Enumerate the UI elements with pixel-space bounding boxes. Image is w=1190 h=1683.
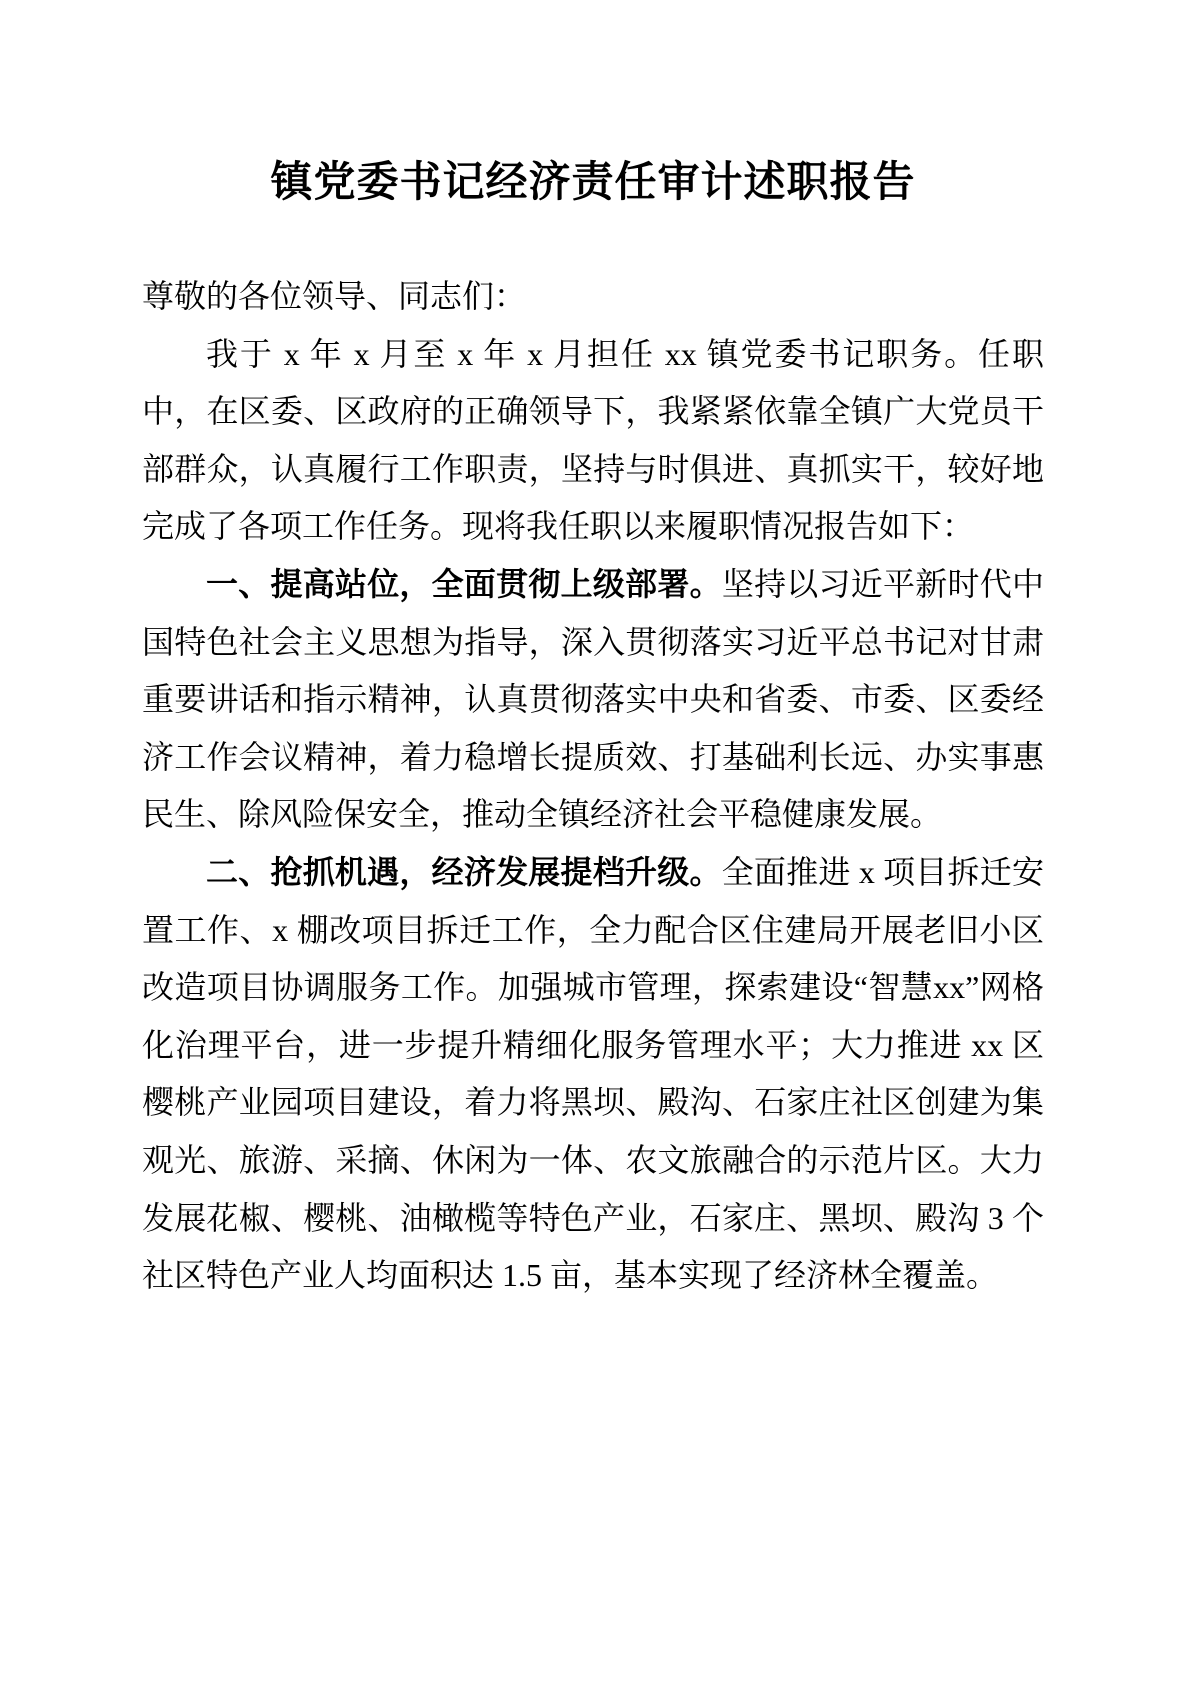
paragraph-section-1: 一、提高站位，全面贯彻上级部署。坚持以习近平新时代中国特色社会主义思想为指导，深… — [142, 556, 1044, 844]
section-1-heading: 一、提高站位，全面贯彻上级部署。 — [206, 566, 722, 602]
paragraph-section-2: 二、抢抓机遇，经济发展提档升级。全面推进 x 项目拆迁安置工作、x 棚改项目拆迁… — [142, 844, 1044, 1305]
section-2-heading: 二、抢抓机遇，经济发展提档升级。 — [206, 854, 722, 890]
paragraph-intro: 我于 x 年 x 月至 x 年 x 月担任 xx 镇党委书记职务。任职中，在区委… — [142, 326, 1044, 556]
document-body: 尊敬的各位领导、同志们： 我于 x 年 x 月至 x 年 x 月担任 xx 镇党… — [142, 268, 1044, 1305]
section-1-text: 坚持以习近平新时代中国特色社会主义思想为指导，深入贯彻落实习近平总书记对甘肃重要… — [142, 566, 1044, 832]
section-2-text: 全面推进 x 项目拆迁安置工作、x 棚改项目拆迁工作，全力配合区住建局开展老旧小… — [142, 854, 1044, 1293]
paragraph-intro-text: 我于 x 年 x 月至 x 年 x 月担任 xx 镇党委书记职务。任职中，在区委… — [142, 336, 1044, 545]
document-title: 镇党委书记经济责任审计述职报告 — [142, 148, 1044, 218]
salutation-line: 尊敬的各位领导、同志们： — [142, 268, 1044, 326]
document-page: 镇党委书记经济责任审计述职报告 尊敬的各位领导、同志们： 我于 x 年 x 月至… — [0, 0, 1190, 1683]
